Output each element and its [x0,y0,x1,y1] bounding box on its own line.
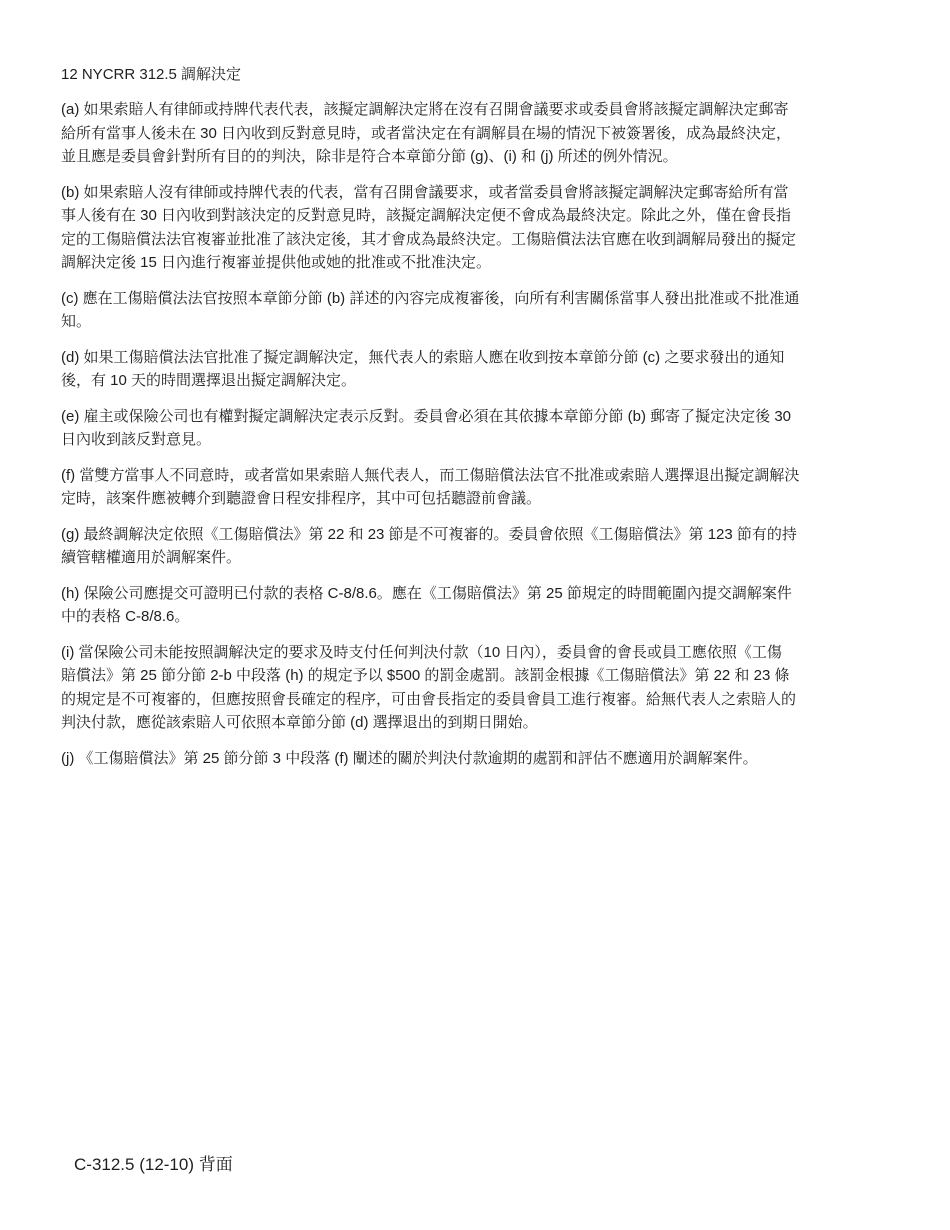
paragraph-line: 並且應是委員會針對所有目的的判決，除非是符合本章節分節 (g)、(i) 和 (j… [61,145,906,169]
paragraph-d: (d) 如果工傷賠償法法官批准了擬定調解決定，無代表人的索賠人應在收到按本章節分… [61,346,906,393]
paragraph-line: 賠償法》第 25 節分節 2-b 中段落 (h) 的規定予以 $500 的罰金處… [61,664,906,688]
paragraph-f: (f) 當雙方當事人不同意時，或者當如果索賠人無代表人，而工傷賠償法法官不批准或… [61,464,906,511]
paragraph-e: (e) 雇主或保險公司也有權對擬定調解決定表示反對。委員會必須在其依據本章節分節… [61,405,906,452]
paragraph-i: (i) 當保險公司未能按照調解決定的要求及時支付任何判決付款（10 日內），委員… [61,641,906,735]
paragraph-line: 調解決定後 15 日內進行複審並提供他或她的批准或不批准決定。 [61,251,906,275]
paragraph-h: (h) 保險公司應提交可證明已付款的表格 C-8/8.6。應在《工傷賠償法》第 … [61,582,906,629]
paragraph-line: (i) 當保險公司未能按照調解決定的要求及時支付任何判決付款（10 日內），委員… [61,641,906,665]
paragraph-line: (a) 如果索賠人有律師或持牌代表代表，該擬定調解決定將在沒有召開會議要求或委員… [61,98,906,122]
paragraph-line: (g) 最終調解決定依照《工傷賠償法》第 22 和 23 節是不可複審的。委員會… [61,523,906,547]
paragraph-line: (e) 雇主或保險公司也有權對擬定調解決定表示反對。委員會必須在其依據本章節分節… [61,405,906,429]
paragraph-c: (c) 應在工傷賠償法法官按照本章節分節 (b) 詳述的內容完成複審後，向所有利… [61,287,906,334]
paragraph-line: (d) 如果工傷賠償法法官批准了擬定調解決定，無代表人的索賠人應在收到按本章節分… [61,346,906,370]
paragraph-line: (c) 應在工傷賠償法法官按照本章節分節 (b) 詳述的內容完成複審後，向所有利… [61,287,906,311]
paragraph-a: (a) 如果索賠人有律師或持牌代表代表，該擬定調解決定將在沒有召開會議要求或委員… [61,98,906,169]
paragraph-line: 後，有 10 天的時間選擇退出擬定調解決定。 [61,369,906,393]
paragraph-line: 續管轄權適用於調解案件。 [61,546,906,570]
paragraph-line: (j) 《工傷賠償法》第 25 節分節 3 中段落 (f) 闡述的關於判決付款逾… [61,747,906,771]
paragraph-line: 日內收到該反對意見。 [61,428,906,452]
paragraph-line: 事人後有在 30 日內收到對該決定的反對意見時，該擬定調解決定便不會成為最終決定… [61,204,906,228]
document-page: 12 NYCRR 312.5 調解決定 (a) 如果索賠人有律師或持牌代表代表，… [61,64,906,782]
paragraph-line: (b) 如果索賠人沒有律師或持牌代表的代表，當有召開會議要求，或者當委員會將該擬… [61,181,906,205]
paragraph-b: (b) 如果索賠人沒有律師或持牌代表的代表，當有召開會議要求，或者當委員會將該擬… [61,181,906,275]
paragraph-line: 的規定是不可複審的，但應按照會長確定的程序，可由會長指定的委員會員工進行複審。給… [61,688,906,712]
paragraph-line: 定時，該案件應被轉介到聽證會日程安排程序，其中可包括聽證前會議。 [61,487,906,511]
paragraph-line: 知。 [61,310,906,334]
paragraph-line: 定的工傷賠償法法官複審並批准了該決定後，其才會成為最終決定。工傷賠償法法官應在收… [61,228,906,252]
paragraph-line: 給所有當事人後未在 30 日內收到反對意見時，或者當決定在有調解員在場的情況下被… [61,122,906,146]
form-footer-label: C-312.5 (12-10) 背面 [74,1154,233,1176]
paragraph-j: (j) 《工傷賠償法》第 25 節分節 3 中段落 (f) 闡述的關於判決付款逾… [61,747,906,771]
paragraph-line: (f) 當雙方當事人不同意時，或者當如果索賠人無代表人，而工傷賠償法法官不批准或… [61,464,906,488]
paragraph-line: 中的表格 C-8/8.6。 [61,605,906,629]
document-title: 12 NYCRR 312.5 調解決定 [61,64,906,86]
paragraph-g: (g) 最終調解決定依照《工傷賠償法》第 22 和 23 節是不可複審的。委員會… [61,523,906,570]
paragraph-line: 判決付款，應從該索賠人可依照本章節分節 (d) 選擇退出的到期日開始。 [61,711,906,735]
paragraph-line: (h) 保險公司應提交可證明已付款的表格 C-8/8.6。應在《工傷賠償法》第 … [61,582,906,606]
